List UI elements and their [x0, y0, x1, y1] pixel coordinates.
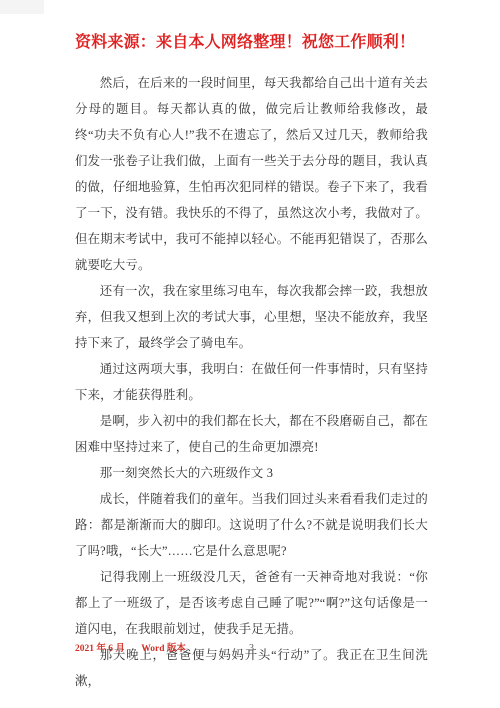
paragraph: 是啊，步入初中的我们都在长大，都在不段磨砺自己，都在困难中坚持过来了，使自己的生…	[75, 408, 428, 460]
paragraph: 然后，在后来的一段时间里，每天我都给自己出十道有关去分母的题目。每天都认真的做，…	[75, 70, 428, 278]
page-footer: 2021 年 6 月 Word 版本 3	[75, 642, 428, 658]
paragraph: 记得我刚上一班级没几天，爸爸有一天神奇地对我说：“你都上了一班级了，是否该考虑自…	[75, 564, 428, 642]
scan-artifact	[0, 0, 44, 14]
section-title-line: 那一刻突然长大的六班级作文 3	[75, 460, 428, 486]
paragraph: 还有一次，我在家里练习电车，每次我都会摔一跤，我想放弃，但我又想到上次的考试大事…	[75, 278, 428, 356]
paragraph: 成长，伴随着我们的童年。当我们回过头来看看我们走过的路：都是渐渐而大的脚印。这说…	[75, 486, 428, 564]
page-number: 3	[75, 642, 428, 656]
document-page: 资料来源：来自本人网络整理！祝您工作顺利！ 然后，在后来的一段时间里，每天我都给…	[0, 0, 500, 708]
paragraph: 通过这两项大事，我明白：在做任何一件事情时，只有坚持下来，才能获得胜利。	[75, 356, 428, 408]
source-notice: 资料来源：来自本人网络整理！祝您工作顺利！	[0, 0, 500, 55]
document-body: 然后，在后来的一段时间里，每天我都给自己出十道有关去分母的题目。每天都认真的做，…	[0, 70, 500, 694]
